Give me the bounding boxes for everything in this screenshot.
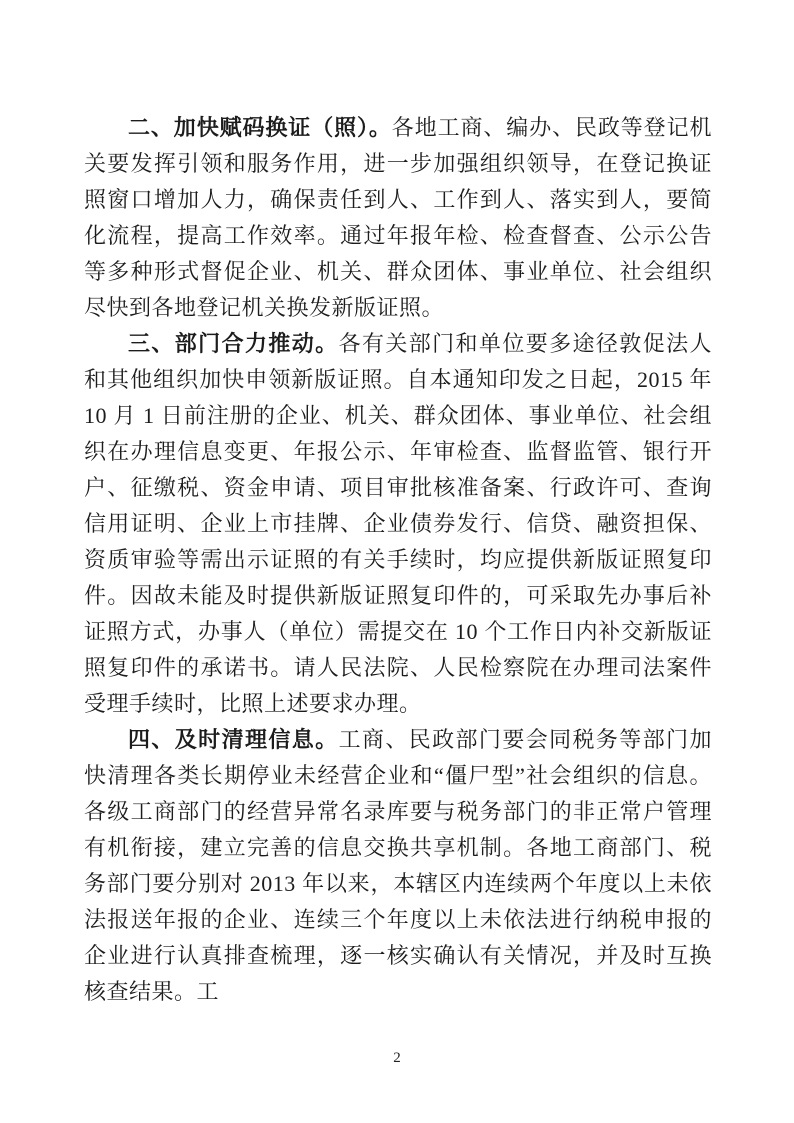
- paragraph-section-4-heading: 四、及时清理信息。: [128, 727, 339, 752]
- document-page: 二、加快赋码换证（照）。各地工商、编办、民政等登记机关要发挥引领和服务作用，进一…: [0, 0, 794, 1123]
- paragraph-section-3-text: 各有关部门和单位要多途径敦促法人和其他组织加快申领新版证照。自本通知印发之日起，…: [84, 331, 712, 716]
- paragraph-section-2-text: 各地工商、编办、民政等登记机关要发挥引领和服务作用，进一步加强组织领导，在登记换…: [84, 115, 712, 320]
- document-body: 二、加快赋码换证（照）。各地工商、编办、民政等登记机关要发挥引领和服务作用，进一…: [84, 110, 712, 1010]
- paragraph-section-4-text: 工商、民政部门要会同税务等部门加快清理各类长期停业未经营企业和“僵尸型”社会组织…: [84, 727, 712, 1004]
- page-number: 2: [0, 1048, 794, 1068]
- paragraph-section-2-heading: 二、加快赋码换证（照）。: [128, 115, 392, 140]
- paragraph-section-2: 二、加快赋码换证（照）。各地工商、编办、民政等登记机关要发挥引领和服务作用，进一…: [84, 110, 712, 326]
- paragraph-section-3-heading: 三、部门合力推动。: [128, 331, 339, 356]
- paragraph-section-3: 三、部门合力推动。各有关部门和单位要多途径敦促法人和其他组织加快申领新版证照。自…: [84, 326, 712, 722]
- paragraph-section-4: 四、及时清理信息。工商、民政部门要会同税务等部门加快清理各类长期停业未经营企业和…: [84, 722, 712, 1010]
